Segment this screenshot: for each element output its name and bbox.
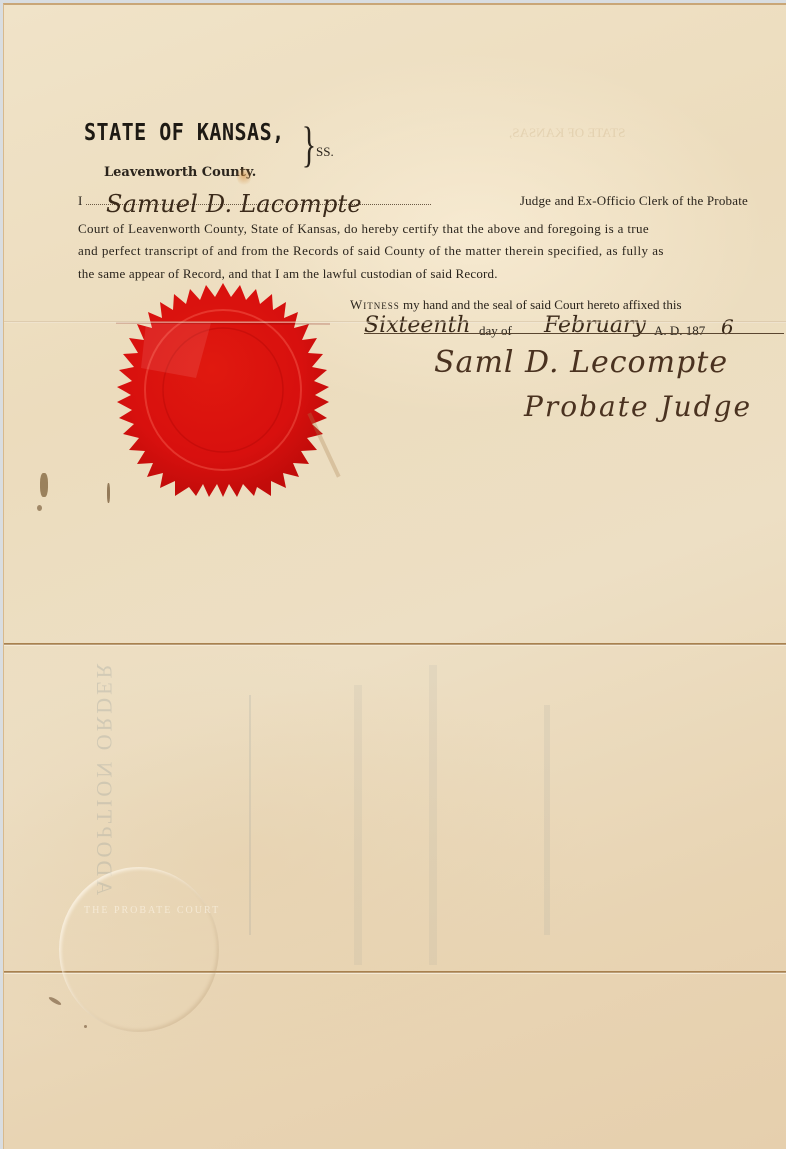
ink-spot (48, 996, 62, 1006)
document-page: STATE OF KANSAS, STATE OF KANSAS, } SS. … (3, 3, 786, 1147)
bleedthrough-heading-top: STATE OF KANSAS, (509, 125, 625, 141)
ink-spot (40, 473, 48, 497)
judge-title-text: Judge and Ex-Officio Clerk of the Probat… (520, 193, 748, 209)
witness-lead: Witness (350, 297, 400, 312)
day-of-label: day of (479, 323, 512, 339)
bleedthrough-text-column (544, 705, 550, 935)
certification-line-4: the same appear of Record, and that I am… (78, 266, 748, 282)
fold-line-upper (4, 321, 786, 323)
certification-line-1: I Samuel D. Lacompte Judge and Ex-Offici… (78, 193, 748, 209)
brace-symbol: } (302, 119, 316, 169)
stain-mark (237, 165, 251, 187)
judge-signature-title: Probate Judge (524, 390, 752, 423)
certification-line-3: and perfect transcript of and from the R… (78, 243, 748, 259)
anno-domini-label: A. D. 187 (654, 323, 705, 339)
bleedthrough-text-column (249, 695, 251, 935)
handwritten-year-digit: 6 (721, 315, 734, 339)
fold-line-middle (4, 643, 786, 646)
embossed-seal-text: THE PROBATE COURT (84, 905, 220, 916)
handwritten-day: Sixteenth (364, 313, 471, 338)
certification-line-2: Court of Leavenworth County, State of Ka… (78, 221, 748, 237)
witness-text: my hand and the seal of said Court heret… (403, 297, 681, 312)
bleedthrough-text-column (429, 665, 437, 965)
witness-line: Witness my hand and the seal of said Cou… (350, 297, 682, 313)
date-line: Sixteenth day of February A. D. 187 6 (364, 313, 784, 339)
ink-spot (107, 483, 110, 503)
embossed-seal (59, 867, 219, 1032)
county-heading: Leavenworth County. (104, 165, 256, 180)
ink-spot (37, 505, 42, 511)
handwritten-month: February (544, 313, 646, 338)
ink-spot (84, 1025, 87, 1028)
bleedthrough-text-column (354, 685, 362, 965)
court-seal-icon (116, 283, 330, 497)
pronoun-i: I (78, 193, 83, 208)
handwritten-name: Samuel D. Lacompte (106, 190, 362, 218)
ss-label: SS. (316, 144, 334, 160)
date-underline (364, 333, 784, 334)
name-blank: Samuel D. Lacompte (86, 204, 431, 205)
judge-signature: Saml D. Lecompte (434, 345, 728, 380)
bleedthrough-mirrored-heading: ADOPTION ORDER (91, 658, 117, 898)
state-heading: STATE OF KANSAS, (84, 118, 285, 146)
